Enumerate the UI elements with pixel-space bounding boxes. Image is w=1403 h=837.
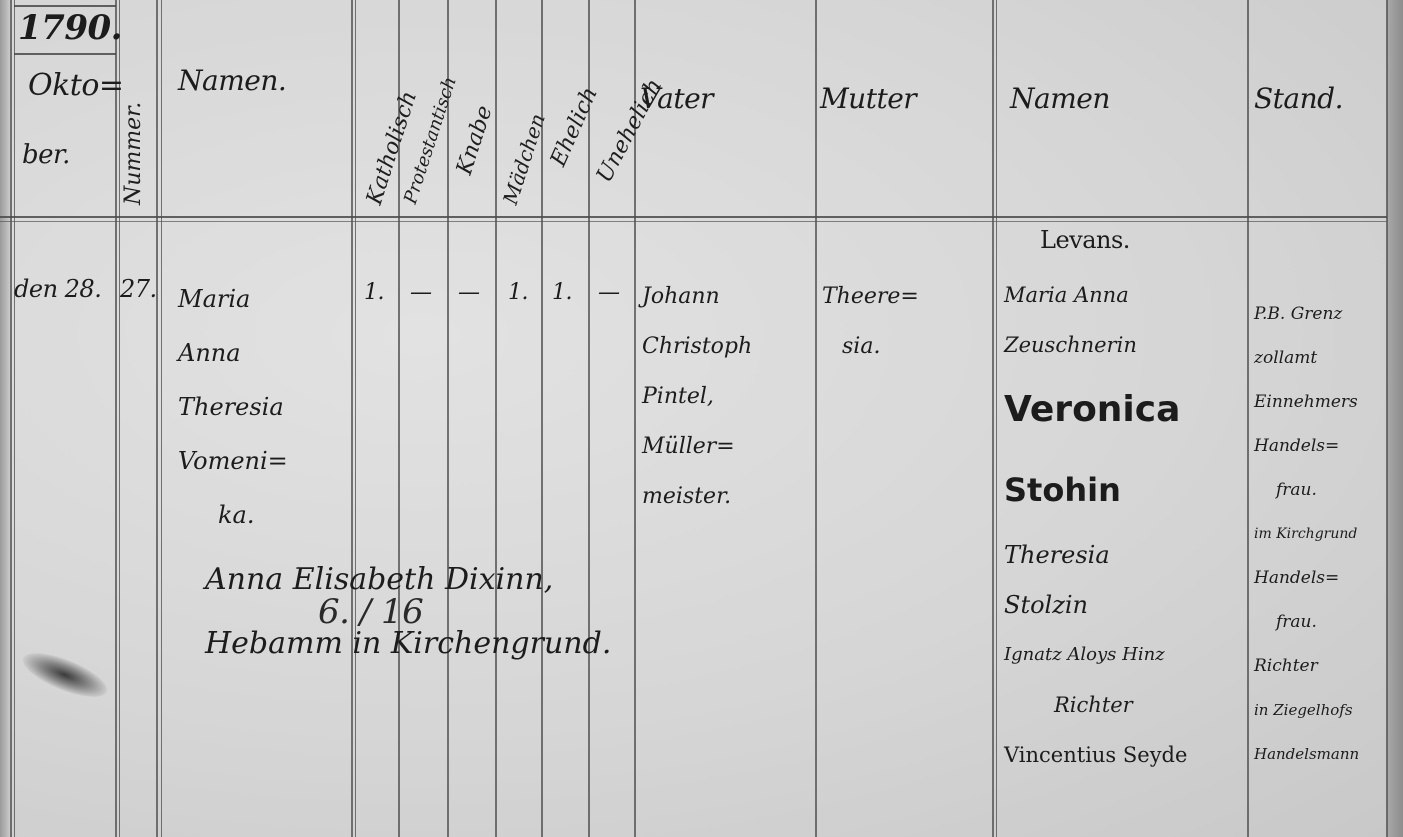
godparent-status-line: frau.: [1254, 600, 1359, 644]
ink-smudge: [18, 644, 113, 706]
godparent-status-line: zollamt: [1254, 336, 1359, 380]
column-rule: [495, 0, 497, 837]
header-rule: [0, 216, 1387, 218]
year-box-bottom-rule: [14, 53, 116, 55]
father-line: meister.: [642, 472, 752, 522]
header-godparent-name: Namen: [1010, 82, 1110, 115]
year-box-top-rule: [14, 5, 116, 7]
father-line: Müller=: [642, 422, 752, 472]
godparent-status: P.B. Grenz zollamt Einnehmers Handels= f…: [1254, 292, 1359, 776]
entry-day: den 28.: [14, 268, 101, 310]
column-rule: [1386, 0, 1388, 837]
year-heading: 1790.: [18, 8, 122, 48]
child-name-line: Anna: [178, 326, 288, 380]
header-rule-double: [0, 221, 1387, 222]
godparent-names: Maria Anna Zeuschnerin Veronica Stohin T…: [1004, 270, 1187, 780]
column-rule: [1247, 0, 1249, 837]
page-binding-edge: [1387, 0, 1403, 837]
godparent-name-line: Ignatz Aloys Hinz: [1004, 630, 1187, 680]
mother-line: Theere=: [822, 272, 919, 322]
month-line-1: Okto=: [28, 68, 124, 103]
column-rule: [355, 0, 356, 837]
column-rule: [161, 0, 162, 837]
child-name-line: ka.: [178, 488, 288, 542]
child-name-line: Vomeni=: [178, 434, 288, 488]
godparent-status-line: in Ziegelhofs: [1254, 688, 1359, 732]
column-rule: [815, 0, 817, 837]
column-rule: [996, 0, 997, 837]
godparent-status-line: Einnehmers: [1254, 380, 1359, 424]
godparent-status-line: Richter: [1254, 644, 1359, 688]
entry-number: 27.: [120, 268, 157, 310]
father-line: Christoph: [642, 322, 752, 372]
godparent-name-line: Stolzin: [1004, 580, 1187, 630]
mark-male: —: [458, 272, 480, 314]
godparent-status-line: Handels=: [1254, 556, 1359, 600]
mark-illegitimate: —: [598, 272, 620, 314]
godparent-status-line: Handels=: [1254, 424, 1359, 468]
header-father: Vater: [640, 82, 713, 115]
godparent-status-line: Handelsmann: [1254, 732, 1359, 776]
month-line-2: ber.: [22, 140, 70, 170]
header-male: Knabe: [452, 103, 498, 178]
column-rule: [10, 0, 12, 837]
column-rule: [992, 0, 994, 837]
mark-protestant: —: [410, 272, 432, 314]
column-rule: [115, 0, 117, 837]
column-rule: [447, 0, 449, 837]
father-line: Pintel,: [642, 372, 752, 422]
page-left-shadow: [0, 0, 10, 837]
mark-catholic: 1.: [364, 272, 384, 314]
column-rule: [119, 0, 120, 837]
godparent-name-line: Richter: [1004, 680, 1187, 730]
header-godparent-status: Stand.: [1254, 82, 1343, 115]
column-rule: [14, 0, 15, 837]
godparent-name-line: Veronica: [1004, 370, 1187, 450]
child-name-line: Theresia: [178, 380, 288, 434]
godparent-status-line: frau.: [1254, 468, 1359, 512]
header-number: Nummer.: [121, 102, 146, 205]
mother-line: sia.: [822, 322, 919, 372]
mother-info: Theere= sia.: [822, 272, 919, 372]
father-line: Johann: [642, 272, 752, 322]
header-mother: Mutter: [820, 82, 916, 115]
header-name: Namen.: [178, 64, 286, 97]
mark-female: 1.: [508, 272, 528, 314]
godparent-name-line: Stohin: [1004, 450, 1187, 530]
godparent-label: Levans.: [1040, 226, 1130, 254]
mark-legitimate: 1.: [552, 272, 572, 314]
midwife-marginal-number: 6. / 16: [318, 592, 423, 632]
child-name: Maria Anna Theresia Vomeni= ka.: [178, 272, 288, 542]
column-rule: [156, 0, 158, 837]
header-legitimate: Ehelich: [546, 83, 603, 170]
godparent-status-line: P.B. Grenz: [1254, 292, 1359, 336]
register-page: 1790. Okto= ber. Nummer. Namen. Katholis…: [0, 0, 1403, 837]
column-rule: [351, 0, 353, 837]
father-info: Johann Christoph Pintel, Müller= meister…: [642, 272, 752, 522]
godparent-status-line: im Kirchgrund: [1254, 512, 1359, 556]
godparent-name-line: Maria Anna: [1004, 270, 1187, 320]
godparent-name-line: Vincentius Seyde: [1004, 730, 1187, 780]
child-name-line: Maria: [178, 272, 288, 326]
godparent-name-line: Zeuschnerin: [1004, 320, 1187, 370]
godparent-name-line: Theresia: [1004, 530, 1187, 580]
